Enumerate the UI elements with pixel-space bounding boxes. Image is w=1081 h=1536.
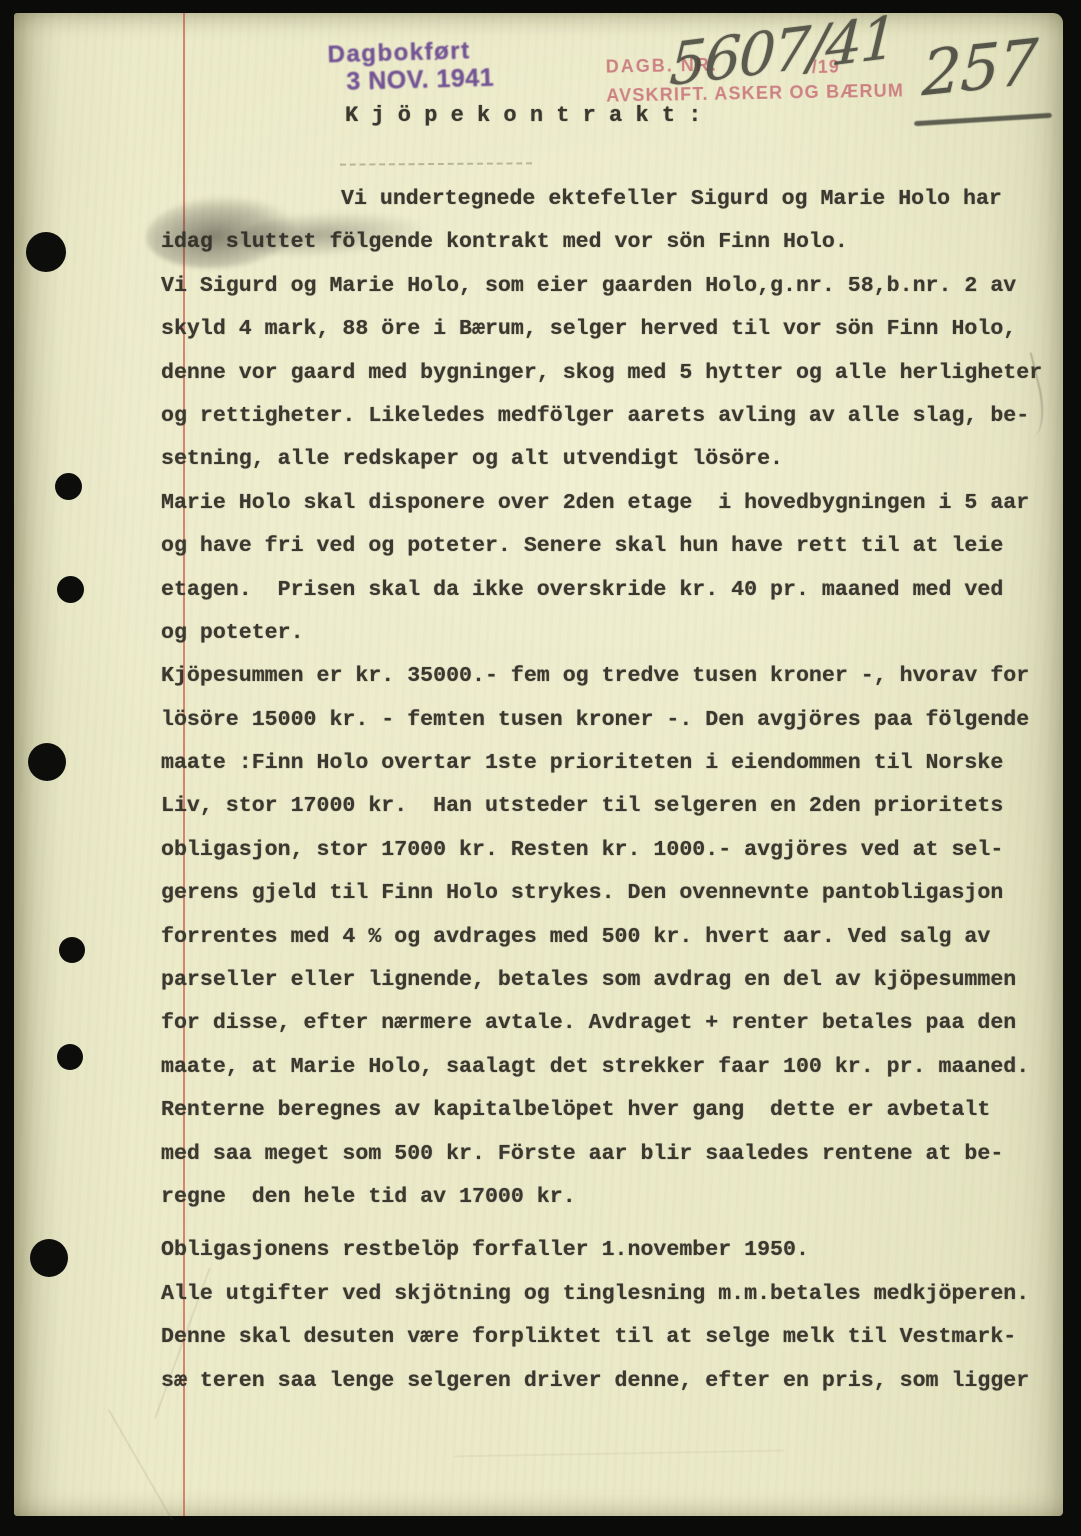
dagbokfort-stamp-date: 3 NOV. 1941 bbox=[346, 64, 495, 97]
typed-line: Marie Holo skal disponere over 2den etag… bbox=[161, 482, 1042, 525]
page-number-underline bbox=[914, 113, 1052, 126]
typed-line: Alle utgifter ved skjötning og tinglesni… bbox=[161, 1273, 1042, 1316]
typed-line: parseller eller lignende, betales som av… bbox=[161, 959, 1042, 1002]
punch-hole bbox=[28, 743, 66, 781]
punch-hole bbox=[59, 937, 85, 963]
typed-line: regne den hele tid av 17000 kr. bbox=[161, 1176, 1042, 1219]
dagbokfort-stamp: Dagbokført 3 NOV. 1941 bbox=[327, 37, 494, 98]
punch-hole bbox=[30, 1239, 68, 1277]
typed-line: og rettigheter. Likeledes medfölger aare… bbox=[161, 395, 1042, 438]
page-number-handwriting: 257 bbox=[921, 25, 1038, 111]
document-page: Dagbokført 3 NOV. 1941 DAGB. NR. /19 AVS… bbox=[14, 13, 1063, 1516]
typed-line: Vi Sigurd og Marie Holo, som eier gaarde… bbox=[161, 265, 1042, 308]
typed-line: lösöre 15000 kr. - femten tusen kroner -… bbox=[161, 699, 1042, 742]
typed-line: maate :Finn Holo overtar 1ste prioritete… bbox=[161, 742, 1042, 785]
punch-hole bbox=[26, 232, 66, 272]
typed-line: gerens gjeld til Finn Holo strykes. Den … bbox=[161, 872, 1042, 915]
typed-line: forrentes med 4 % og avdrages med 500 kr… bbox=[161, 916, 1042, 959]
typed-line: sæ teren saa lenge selgeren driver denne… bbox=[161, 1360, 1042, 1403]
typed-line: Liv, stor 17000 kr. Han utsteder til sel… bbox=[161, 785, 1042, 828]
typed-line: obligasjon, stor 17000 kr. Resten kr. 10… bbox=[161, 829, 1042, 872]
typed-line: for disse, efter nærmere avtale. Avdrage… bbox=[161, 1002, 1042, 1045]
scan-background: Dagbokført 3 NOV. 1941 DAGB. NR. /19 AVS… bbox=[0, 0, 1081, 1536]
typed-line: setning, alle redskaper og alt utvendigt… bbox=[161, 438, 1042, 481]
typed-line: denne vor gaard med bygninger, skog med … bbox=[161, 352, 1042, 395]
typed-line: med saa meget som 500 kr. Förste aar bli… bbox=[161, 1133, 1042, 1176]
paper-crease bbox=[108, 1409, 173, 1520]
contract-heading: K j ö p e k o n t r a k t : bbox=[345, 103, 701, 128]
punch-hole bbox=[57, 576, 84, 603]
typed-line: maate, at Marie Holo, saalagt det strekk… bbox=[161, 1046, 1042, 1089]
typed-line: Kjöpesummen er kr. 35000.- fem og tredve… bbox=[161, 655, 1042, 698]
typed-line: skyld 4 mark, 88 öre i Bærum, selger her… bbox=[161, 308, 1042, 351]
typed-line: Renterne beregnes av kapitalbelöpet hver… bbox=[161, 1089, 1042, 1132]
typed-line: Denne skal desuten være forpliktet til a… bbox=[161, 1316, 1042, 1359]
typed-line: og poteter. bbox=[161, 612, 1042, 655]
punch-hole bbox=[55, 473, 82, 500]
paper-crease bbox=[454, 1450, 784, 1457]
typed-line: og have fri ved og poteter. Senere skal … bbox=[161, 525, 1042, 568]
typed-line: Obligasjonens restbelöp forfaller 1.nove… bbox=[161, 1229, 1042, 1272]
heading-underline-mark bbox=[340, 162, 532, 165]
punch-hole bbox=[57, 1044, 83, 1070]
typed-body: Vi undertegnede ektefeller Sigurd og Mar… bbox=[161, 178, 1042, 1403]
typed-line: etagen. Prisen skal da ikke overskride k… bbox=[161, 569, 1042, 612]
